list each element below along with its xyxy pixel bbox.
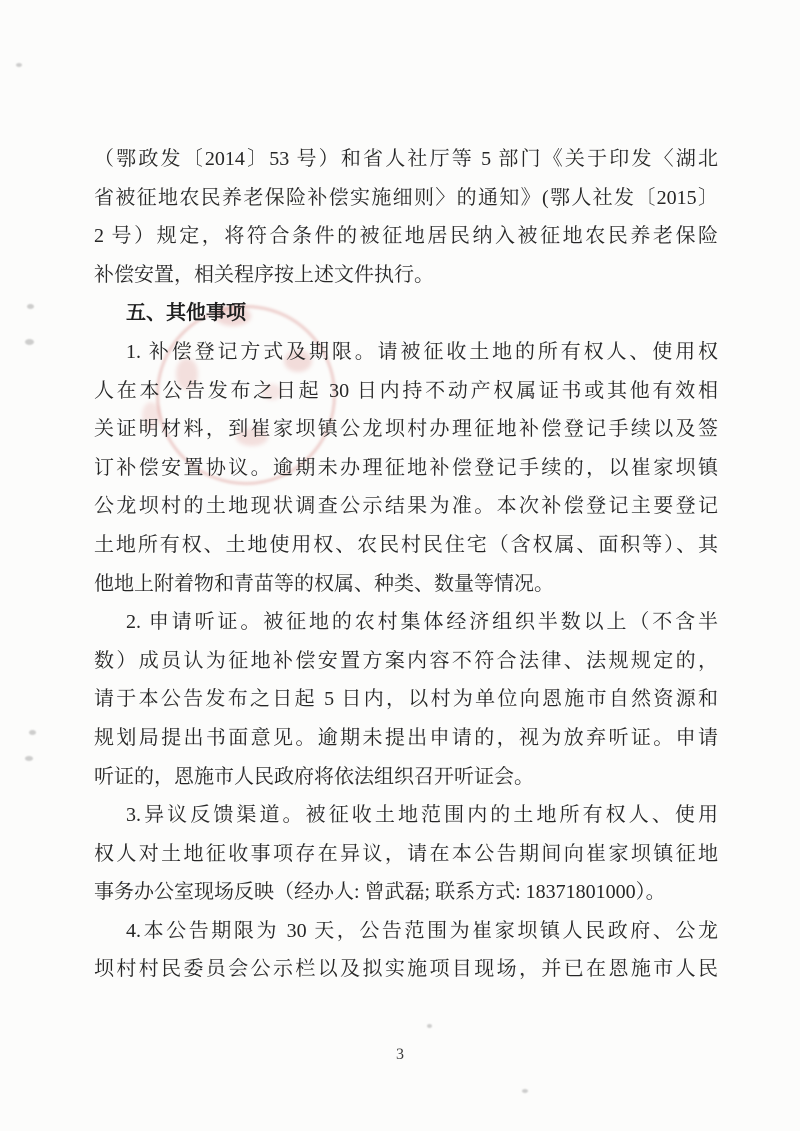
paragraph-line: 他地上附着物和青苗等的权属、种类、数量等情况。 — [94, 565, 718, 604]
paragraph-line: 土地所有权、土地使用权、农民村民住宅（含权属、面积等）、其 — [94, 526, 718, 565]
scan-speck — [16, 63, 22, 67]
page-number: 3 — [0, 1046, 800, 1064]
paragraph-line: 省被征地农民养老保险补偿实施细则〉的通知》(鄂人社发〔2015〕 — [94, 179, 718, 218]
scan-speck — [29, 730, 36, 735]
paragraph-line: 规划局提出书面意见。逾期未提出申请的，视为放弃听证。申请 — [94, 719, 718, 758]
paragraph-line: 订补偿安置协议。逾期未办理征地补偿登记手续的，以崔家坝镇 — [94, 449, 718, 488]
scan-speck — [522, 1089, 528, 1093]
paragraph-line: （鄂政发〔2014〕53 号）和省人社厅等 5 部门《关于印发〈湖北 — [94, 140, 718, 179]
paragraph-line: 1. 补偿登记方式及期限。请被征收土地的所有权人、使用权 — [94, 333, 718, 372]
paragraph-line: 事务办公室现场反映（经办人: 曾武磊; 联系方式: 18371801000）。 — [94, 873, 718, 912]
section-heading: 五、其他事项 — [94, 294, 718, 333]
document-page: （鄂政发〔2014〕53 号）和省人社厅等 5 部门《关于印发〈湖北 省被征地农… — [0, 0, 800, 1131]
paragraph-line: 请于本公告发布之日起 5 日内，以村为单位向恩施市自然资源和 — [94, 680, 718, 719]
paragraph-line: 坝村村民委员会公示栏以及拟实施项目现场，并已在恩施市人民 — [94, 950, 718, 989]
scan-speck — [25, 756, 33, 761]
paragraph-line: 听证的，恩施市人民政府将依法组织召开听证会。 — [94, 758, 718, 797]
paragraph-line: 4.本公告期限为 30 天，公告范围为崔家坝镇人民政府、公龙 — [94, 912, 718, 951]
scan-speck — [25, 339, 34, 345]
paragraph-line: 补偿安置，相关程序按上述文件执行。 — [94, 256, 718, 295]
scan-speck — [427, 1024, 432, 1028]
paragraph-line: 数）成员认为征地补偿安置方案内容不符合法律、法规规定的， — [94, 642, 718, 681]
paragraph-line: 关证明材料，到崔家坝镇公龙坝村办理征地补偿登记手续以及签 — [94, 410, 718, 449]
scan-speck — [27, 304, 34, 309]
paragraph-line: 2 号）规定，将符合条件的被征地居民纳入被征地农民养老保险 — [94, 217, 718, 256]
paragraph-line: 2. 申请听证。被征地的农村集体经济组织半数以上（不含半 — [94, 603, 718, 642]
paragraph-line: 人在本公告发布之日起 30 日内持不动产权属证书或其他有效相 — [94, 372, 718, 411]
paragraph-line: 3.异议反馈渠道。被征收土地范围内的土地所有权人、使用 — [94, 796, 718, 835]
paragraph-line: 公龙坝村的土地现状调查公示结果为准。本次补偿登记主要登记 — [94, 487, 718, 526]
document-body: （鄂政发〔2014〕53 号）和省人社厅等 5 部门《关于印发〈湖北 省被征地农… — [94, 140, 718, 989]
paragraph-line: 权人对土地征收事项存在异议，请在本公告期间向崔家坝镇征地 — [94, 835, 718, 874]
